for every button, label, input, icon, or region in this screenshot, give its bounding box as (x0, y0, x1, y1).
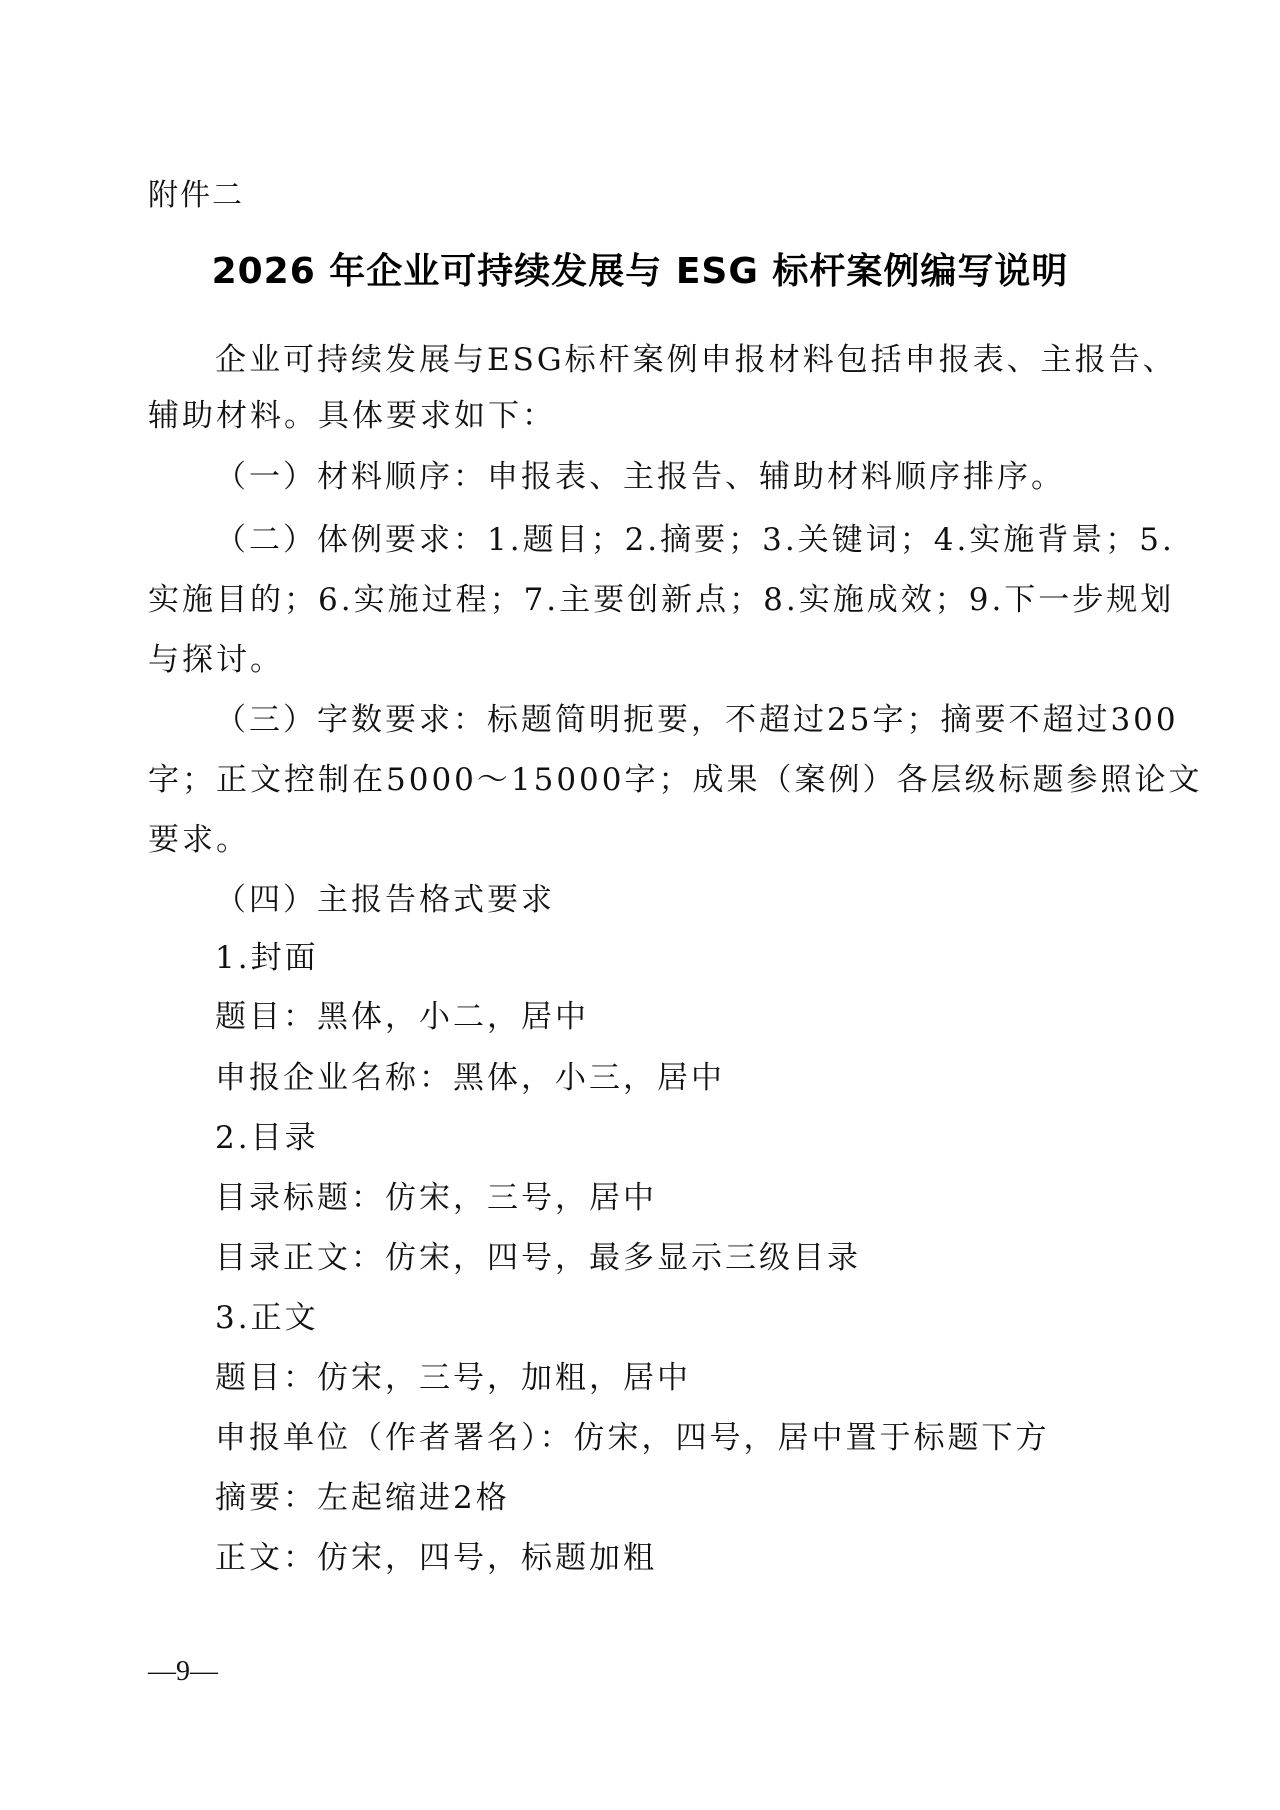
format-rule: 目录标题：仿宋，三号，居中 (215, 1178, 657, 1218)
document-title: 2026 年企业可持续发展与 ESG 标杆案例编写说明 (0, 250, 1280, 294)
format-rule: 题目：黑体，小二，居中 (215, 997, 589, 1037)
format-rule: 正文：仿宋，四号，标题加粗 (215, 1538, 657, 1578)
paragraph-line: 要求。 (148, 820, 250, 860)
attachment-label: 附件二 (148, 176, 244, 216)
format-rule: 题目：仿宋，三号，加粗，居中 (215, 1358, 691, 1398)
page-number: —9— (148, 1656, 218, 1688)
format-rule: 申报单位（作者署名）：仿宋，四号，居中置于标题下方 (215, 1418, 1050, 1458)
format-rule: 摘要：左起缩进2格 (215, 1478, 510, 1518)
format-rule: 申报企业名称：黑体，小三，居中 (215, 1058, 725, 1098)
paragraph-line: 企业可持续发展与ESG标杆案例申报材料包括申报表、主报告、 (215, 340, 1177, 380)
format-rule: 目录正文：仿宋，四号，最多显示三级目录 (215, 1238, 861, 1278)
section-heading: （四）主报告格式要求 (215, 880, 555, 920)
paragraph-line: 实施目的；6.实施过程；7.主要创新点；8.实施成效；9.下一步规划 (148, 580, 1174, 620)
subsection-heading: 3.正文 (215, 1298, 319, 1338)
document-page: 附件二 2026 年企业可持续发展与 ESG 标杆案例编写说明 企业可持续发展与… (0, 0, 1280, 1810)
paragraph-line: （二）体例要求：1.题目；2.摘要；3.关键词；4.实施背景；5. (215, 520, 1175, 560)
subsection-heading: 2.目录 (215, 1118, 319, 1158)
paragraph-line: 与探讨。 (148, 640, 284, 680)
paragraph-line: 辅助材料。具体要求如下： (148, 396, 556, 436)
paragraph-line: （一）材料顺序：申报表、主报告、辅助材料顺序排序。 (215, 457, 1065, 497)
subsection-heading: 1.封面 (215, 938, 319, 978)
paragraph-line: （三）字数要求：标题简明扼要，不超过25字；摘要不超过300 (215, 700, 1179, 740)
paragraph-line: 字；正文控制在5000～15000字；成果（案例）各层级标题参照论文 (148, 760, 1203, 800)
